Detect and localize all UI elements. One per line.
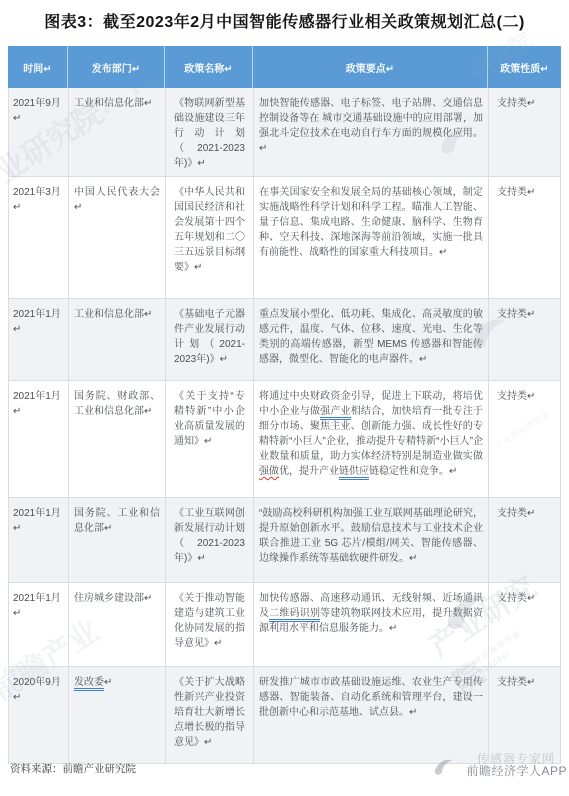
cell-policy-name: 《关于支持“专精特新”中小企业高质量发展的通知》↵	[166, 381, 254, 497]
cell-policy-nature: 支持类↵	[489, 381, 562, 497]
table-row: 2021年1月↵ 工业和信息化部↵ 《基础电子元器件产业发展行动计划（2021-…	[8, 299, 561, 381]
table-row: 2021年3月↵ 中国人民代表大会↵ 《中华人民共和国国民经济和社会发展第十四个…	[8, 177, 561, 299]
header-policy-nature: 政策性质↵	[488, 46, 561, 88]
watermark-app-name: 前瞻经济学人APP	[466, 762, 567, 779]
cell-policy-name: 《中华人民共和国国民经济和社会发展第十四个五年规划和二〇三五远景目标纲要》↵	[166, 177, 254, 298]
cell-policy-nature: 支持类↵	[489, 498, 562, 582]
header-policy-name: 政策名称↵	[165, 46, 253, 88]
cell-policy-points: 加快传感器、高速移动通讯、无线射频、近场通讯及二维码识别等建筑物联网技术应用，提…	[254, 583, 489, 666]
cell-policy-name: 《基础电子元器件产业发展行动计划（2021-2023年)》↵	[166, 299, 254, 380]
cell-policy-points: “鼓励高校科研机构加强工业互联网基础理论研究，提升原始创新水平。鼓励信息技术与工…	[254, 498, 489, 582]
cell-time: 2021年1月↵	[9, 299, 69, 380]
cell-dept: 住房城乡建设部↵	[69, 583, 166, 666]
table-row: 2021年1月↵ 国务院、财政部、工业和信息化部↵ 《关于支持“专精特新”中小企…	[8, 381, 561, 498]
cell-policy-nature: 支持类↵	[489, 583, 562, 666]
cell-dept: 工业和信息化部↵	[69, 299, 166, 380]
header-dept: 发布部门↵	[68, 46, 165, 88]
cell-dept: 发改委↵	[69, 667, 166, 763]
cell-policy-nature: 支持类↵	[489, 88, 562, 176]
cell-time: 2021年1月↵	[9, 381, 69, 497]
app-logo-icon	[433, 756, 453, 776]
cell-policy-points: 将通过中央财政资金引导，促进上下联动，将培优中小企业与做强产业相结合，加快培育一…	[254, 381, 489, 497]
table-row: 2021年9月↵ 工业和信息化部↵ 《物联网新型基础设施建设三年行动计划（202…	[8, 88, 561, 177]
cell-policy-nature: 支持类↵	[489, 667, 562, 763]
cell-policy-nature: 支持类↵	[489, 177, 562, 298]
cell-policy-name: 《物联网新型基础设施建设三年行动计划（2021-2023年)》↵	[166, 88, 254, 176]
cell-time: 2020年9月↵	[9, 667, 69, 763]
header-policy-points: 政策要点↵	[253, 46, 488, 88]
cell-dept: 国务院、财政部、工业和信息化部↵	[69, 381, 166, 497]
cell-time: 2021年3月↵	[9, 177, 69, 298]
cell-time: 2021年9月↵	[9, 88, 69, 176]
cell-dept: 工业和信息化部↵	[69, 88, 166, 176]
cell-policy-points: 加快智能传感器、电子标签、电子站牌、交通信息控制设备等在 城市交通基础设施中的应…	[254, 88, 489, 176]
cell-policy-points: 在事关国家安全和发展全局的基础核心领域，制定实施战略性科学计划和科学工程。瞄准人…	[254, 177, 489, 298]
page-title: 图表3：截至2023年2月中国智能传感器行业相关政策规划汇总(二)	[0, 9, 569, 32]
cell-policy-points: 重点发展小型化、低功耗、集成化、高灵敏度的敏感元件，温度、气体、位移、速度、光电…	[254, 299, 489, 380]
cell-policy-nature: 支持类↵	[489, 299, 562, 380]
cell-dept: 中国人民代表大会↵	[69, 177, 166, 298]
cell-policy-name: 《关于推动智能建造与建筑工业化协同发展的指导意见》↵	[166, 583, 254, 666]
cell-time: 2021年1月↵	[9, 498, 69, 582]
header-time: 时间↵	[8, 46, 68, 88]
cell-policy-name: 《工业互联网创新发展行动计划（ 2021-2023年)》↵	[166, 498, 254, 582]
policy-table: 时间↵ 发布部门↵ 政策名称↵ 政策要点↵ 政策性质↵ 2021年9月↵ 工业和…	[8, 46, 561, 764]
data-source-label: 资料来源：前瞻产业研究院	[10, 761, 136, 776]
cell-policy-points: 研发推广城市市政基础设施运维、农业生产专用传感器、智能装备、自动化系统和管理平台…	[254, 667, 489, 763]
cell-policy-name: 《关于扩大战略性新兴产业投资培育壮大新增长点增长极的指导意见》↵	[166, 667, 254, 763]
table-row: 2021年1月↵ 住房城乡建设部↵ 《关于推动智能建造与建筑工业化协同发展的指导…	[8, 583, 561, 667]
table-row: 2021年1月↵ 国务院、工业和信息化部↵ 《工业互联网创新发展行动计划（ 20…	[8, 498, 561, 583]
cell-dept: 国务院、工业和信息化部↵	[69, 498, 166, 582]
cell-time: 2021年1月↵	[9, 583, 69, 666]
table-header-row: 时间↵ 发布部门↵ 政策名称↵ 政策要点↵ 政策性质↵	[8, 46, 561, 88]
